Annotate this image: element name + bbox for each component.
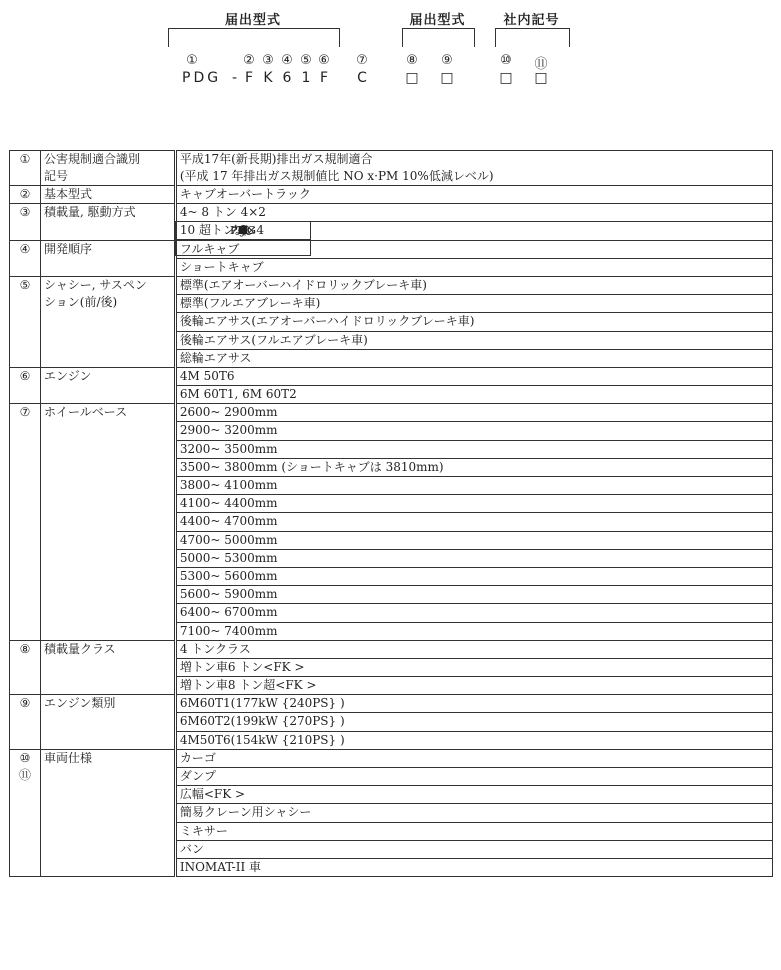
position-number: ③	[259, 53, 277, 68]
position-number: ⑥	[315, 53, 333, 68]
table-row: ①公害規制適合識別 記号PDG平成17年(新長期)排出ガス規制適合 (平成 17…	[10, 151, 773, 186]
position-number: ⑩	[497, 53, 515, 68]
item-label: 開発順序	[41, 240, 175, 276]
model-code-header: 届出型式届出型式社内記号①②③④⑤⑥⑦⑧⑨⑩⑪PDG-FK61FC□□□□	[0, 0, 781, 100]
code-char: PDG	[182, 70, 220, 86]
code-char: 6	[278, 70, 296, 86]
item-label: 基本型式	[41, 186, 175, 204]
code-char: □	[532, 70, 550, 86]
bracket	[495, 28, 570, 47]
description-cell: 標準(フルエアブレーキ車)	[176, 295, 772, 313]
description-cell: 4100~ 4400mm	[176, 495, 772, 513]
item-label: 公害規制適合識別 記号	[41, 151, 175, 186]
table-row: ③積載量, 駆動方式K4~ 8 トン 4×2	[10, 204, 773, 222]
description-cell: 4M50T6(154kW {210PS} )	[176, 731, 772, 749]
table-row: ④開発順序6フルキャブ	[10, 240, 773, 258]
group-label: 届出型式	[168, 9, 338, 28]
row-number: ⑨	[10, 695, 41, 750]
row-number: ⑩ ⑪	[10, 749, 41, 876]
position-number: ⑤	[297, 53, 315, 68]
position-number: ④	[278, 53, 296, 68]
description-cell: カーゴ	[176, 749, 772, 767]
description-cell: 広幅<FK >	[176, 786, 772, 804]
table-row: ②基本型式Fキャブオーバートラック	[10, 186, 773, 204]
model-code-table: ①公害規制適合識別 記号PDG平成17年(新長期)排出ガス規制適合 (平成 17…	[9, 150, 773, 877]
description-cell: バン	[176, 840, 772, 858]
description-cell: ダンプ	[176, 768, 772, 786]
description-cell: 4 トンクラス	[176, 640, 772, 658]
position-number: ⑨	[438, 53, 456, 68]
description-cell: 7100~ 7400mm	[176, 622, 772, 640]
description-cell: 4700~ 5000mm	[176, 531, 772, 549]
code-char: □	[438, 70, 456, 86]
description-cell: 2600~ 2900mm	[176, 404, 772, 422]
item-label: 車両仕様	[41, 749, 175, 876]
group-label: 社内記号	[495, 9, 568, 28]
bracket	[402, 28, 475, 47]
description-cell: 5300~ 5600mm	[176, 567, 772, 585]
description-cell: ミキサー	[176, 822, 772, 840]
group-label: 届出型式	[402, 9, 473, 28]
position-number: ⑦	[353, 53, 371, 68]
code-cell: V	[175, 221, 311, 240]
row-number: ①	[10, 151, 41, 186]
position-number: ⑧	[403, 53, 421, 68]
item-label: シャシー, サスペン ション(前/後)	[41, 276, 175, 367]
description-cell: 6400~ 6700mm	[176, 604, 772, 622]
description-cell: 3500~ 3800mm (ショートキャブは 3810mm)	[176, 458, 772, 476]
row-number: ⑦	[10, 404, 41, 640]
row-number: ③	[10, 204, 41, 240]
item-label: ホイールベース	[41, 404, 175, 640]
position-number: ②	[240, 53, 258, 68]
description-cell: キャブオーバートラック	[176, 186, 772, 204]
description-cell: 増トン車6 トン<FK >	[176, 658, 772, 676]
row-number: ⑧	[10, 640, 41, 695]
description-cell: 2900~ 3200mm	[176, 422, 772, 440]
row-number: ⑥	[10, 367, 41, 403]
description-cell: 総輪エアサス	[176, 349, 772, 367]
code-char: □	[497, 70, 515, 86]
description-cell: 増トン車8 トン超<FK >	[176, 677, 772, 695]
bracket	[168, 28, 340, 47]
table-row: ⑦ホイールベースC2600~ 2900mm	[10, 404, 773, 422]
description-cell: 後輪エアサス(フルエアブレーキ車)	[176, 331, 772, 349]
description-cell: 6M60T2(199kW {270PS} )	[176, 713, 772, 731]
table-row: ⑧積載量クラスなし4 トンクラス	[10, 640, 773, 658]
code-char: F	[240, 70, 258, 86]
table-row: ⑥エンジンR4M 50T6	[10, 367, 773, 385]
row-number: ⑤	[10, 276, 41, 367]
description-cell: 5600~ 5900mm	[176, 586, 772, 604]
item-label: 積載量クラス	[41, 640, 175, 695]
description-cell: 4~ 8 トン 4×2	[176, 204, 772, 222]
description-cell: 3200~ 3500mm	[176, 440, 772, 458]
description-cell: 標準(エアオーバーハイドロリックブレーキ車)	[176, 276, 772, 294]
code-char: K	[259, 70, 277, 86]
description-cell: 6M 60T1, 6M 60T2	[176, 386, 772, 404]
row-number: ④	[10, 240, 41, 276]
position-number: ①	[183, 53, 201, 68]
code-char: 1	[297, 70, 315, 86]
code-char: F	[315, 70, 333, 86]
table-row: ⑤シャシー, サスペン ション(前/後)1標準(エアオーバーハイドロリックブレー…	[10, 276, 773, 294]
description-cell: 4M 50T6	[176, 367, 772, 385]
description-cell: INOMAT-II 車	[176, 858, 772, 876]
description-cell: 4400~ 4700mm	[176, 513, 772, 531]
description-cell: 3800~ 4100mm	[176, 477, 772, 495]
description-cell: 簡易クレーン用シャシー	[176, 804, 772, 822]
description-cell: 平成17年(新長期)排出ガス規制適合 (平成 17 年排出ガス規制値比 NO x…	[176, 151, 772, 186]
item-label: 積載量, 駆動方式	[41, 204, 175, 240]
item-label: エンジン	[41, 367, 175, 403]
code-char: □	[403, 70, 421, 86]
table-row: ⑩ ⑪車両仕様なしカーゴ	[10, 749, 773, 767]
item-label: エンジン類別	[41, 695, 175, 750]
description-cell: ショートキャブ	[176, 258, 772, 276]
table-row: ⑨エンジン類別16M60T1(177kW {240PS} )	[10, 695, 773, 713]
row-number: ②	[10, 186, 41, 204]
description-cell: 6M60T1(177kW {240PS} )	[176, 695, 772, 713]
code-char: C	[353, 70, 371, 86]
description-cell: 後輪エアサス(エアオーバーハイドロリックブレーキ車)	[176, 313, 772, 331]
description-cell: 5000~ 5300mm	[176, 549, 772, 567]
